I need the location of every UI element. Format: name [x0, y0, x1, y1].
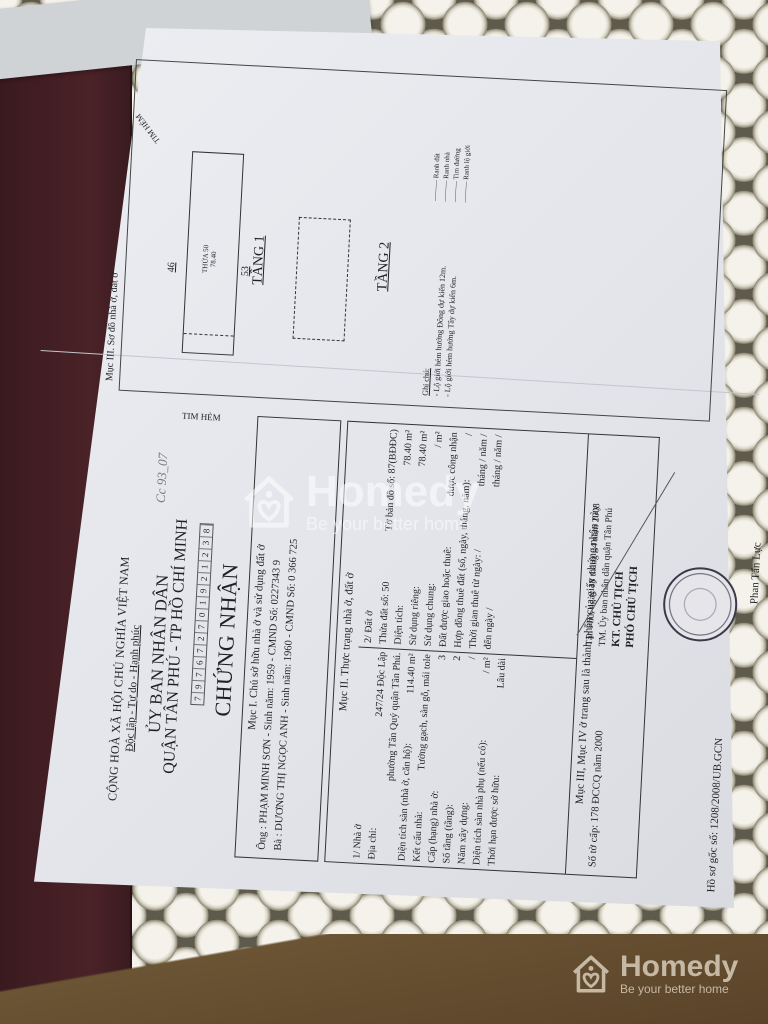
alley-centerline-left: TIM HẺM — [182, 411, 221, 423]
plan-notes: Ghi chú: - Lộ giới hẻm hướng Đông dự kiế… — [420, 265, 460, 397]
serial-digit: 9 — [197, 584, 210, 597]
site-plan-page: Mục III. Sơ đồ nhà ở, đất ở 46 THỬA 50 7… — [119, 59, 728, 422]
serial-digit: 7 — [195, 620, 208, 633]
plan-legend: Ranh đất Ranh nhà Tim đường Ranh lộ giới — [430, 143, 473, 203]
watermark-tagline: Be your better home — [306, 514, 480, 534]
setback-line — [184, 332, 234, 337]
serial-digit: 3 — [199, 536, 212, 549]
corner-tagline: Be your better home — [620, 982, 738, 996]
serial-digit: 0 — [196, 608, 209, 621]
neighbor-lot-top: 46 — [166, 262, 178, 273]
signature-block: Tân Phú, ngày 18 tháng 04 năm 2008 TM. Ủ… — [584, 503, 645, 648]
serial-digit: 2 — [198, 572, 211, 585]
serial-digit: 8 — [200, 524, 213, 537]
serial-digit: 1 — [198, 560, 211, 573]
certificate-title: CHỨNG NHẬN — [210, 563, 244, 718]
serial-digit: 2 — [194, 632, 207, 645]
serial-digit: 1 — [196, 596, 209, 609]
neighbor-lot-bottom: 53 — [240, 266, 252, 277]
homedy-logo-corner: Homedy Be your better home — [570, 952, 738, 996]
serial-digit: 6 — [193, 656, 206, 669]
lot-label: THỬA 50 78.40 — [201, 245, 218, 274]
serial-digit: 7 — [193, 668, 206, 681]
house-heart-icon — [240, 473, 298, 531]
serial-digit: 2 — [199, 548, 212, 561]
official-seal-icon — [661, 565, 739, 643]
file-number: Hồ sơ gốc số: 1208/2008/UB.GCN — [705, 738, 725, 893]
corner-brand: Homedy — [620, 952, 738, 982]
serial-digit: 9 — [192, 680, 205, 693]
watermark-brand: Homedy — [306, 470, 480, 514]
serial-digit: 7 — [194, 644, 207, 657]
floor-2-label: TẦNG 2 — [375, 242, 394, 292]
serial-number-boxes: 7 9 7 6 7 2 7 0 1 9 2 1 2 3 8 — [190, 523, 214, 705]
floor-1-label: TẦNG 1 — [250, 235, 269, 285]
house-heart-icon — [570, 953, 612, 995]
homedy-watermark: Homedy Be your better home — [240, 470, 480, 534]
house-details: 1/ Nhà ở Địa chỉ:247/24 Độc Lập phường T… — [349, 651, 510, 867]
lot-outline: THỬA 50 78.40 — [182, 151, 245, 355]
floor-2-outline — [293, 217, 351, 342]
land-details: 2/ Đất ở Thửa đất số: 50Tờ bản đồ số: 87… — [361, 428, 507, 650]
serial-digit: 7 — [191, 692, 204, 705]
handwritten-note: Cc 93_07 — [153, 452, 172, 503]
alley-centerline-right: TIM HẺM — [134, 112, 162, 145]
